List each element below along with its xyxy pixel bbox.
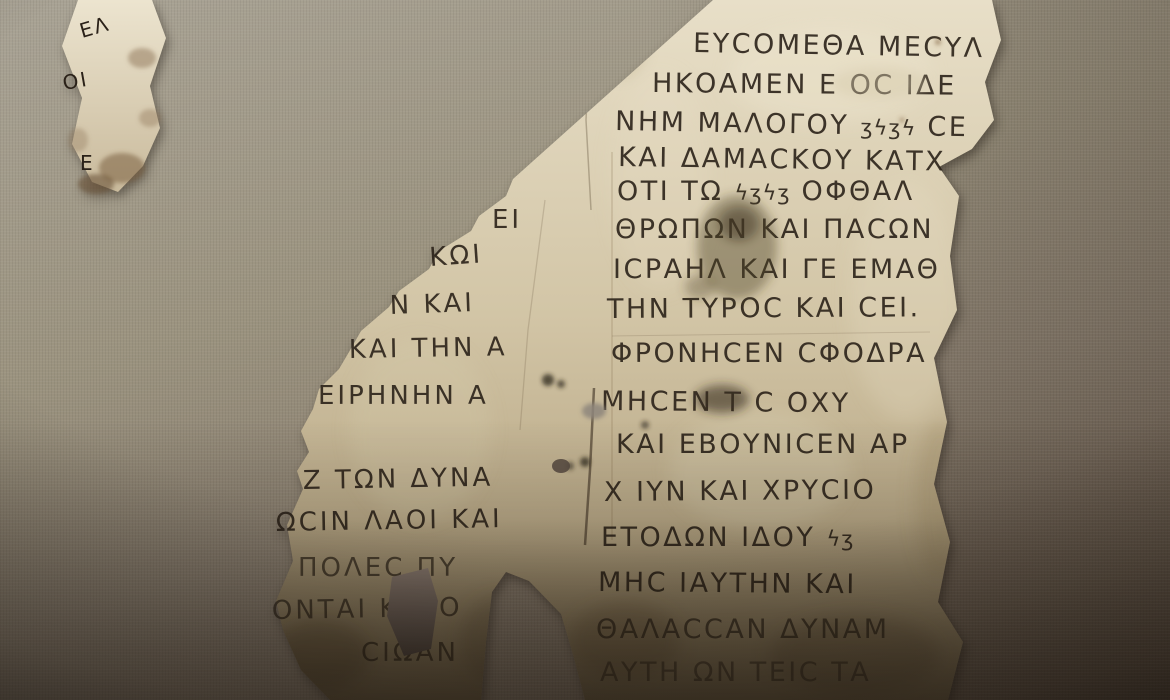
ink-spot (580, 457, 590, 467)
faded-scuff (832, 67, 928, 99)
worn-hole (582, 403, 606, 419)
hole (552, 459, 570, 473)
manuscript-line: ΟΤΙ ΤΩ ϟʒϟʒ ΟΦΘΑΛ (617, 176, 915, 207)
rust-spot (935, 39, 941, 45)
main-parchment-fragment: ΕΥCΟΜΕΘΑ ΜΕCΥΛ ΗΚΟΑΜΕΝ Ε ΟC ΙΔΕ ΝΗΜ ΜΑΛΟ… (260, 0, 1001, 700)
rust-spot (900, 118, 905, 123)
bottom-shadow (260, 520, 970, 700)
ink-smudge (695, 385, 749, 413)
manuscript-line: ΕΙΡΗΝΗΝ Α (318, 381, 489, 411)
manuscript-line: ΚΑΙ ΔΑΜΑCΚΟΥ ΚΑΤΧ (618, 142, 946, 178)
ink-spot (557, 380, 565, 388)
manuscript-line: ΙCΡΑΗΛ ΚΑΙ ΓΕ ΕΜΑΘ (613, 254, 940, 285)
faded-scuff (590, 0, 650, 80)
scroll-fragments-art: ΕΛ ΟΙ Ε (0, 0, 1170, 700)
tetragrammaton-paleo-hebrew: ʒϟʒϟ (860, 115, 916, 140)
manuscript-line: ΕΙ (492, 205, 522, 235)
manuscript-line: Ε (80, 151, 95, 175)
manuscript-line: ΦΡΟΝΗCΕΝ CΦΟΔΡΑ (611, 338, 927, 369)
manuscript-line: ΚΑΙ ΕΒΟΥΝΙCΕΝ ΑΡ (616, 429, 910, 460)
manuscript-line: ΚΑΙ ΤΗΝ Α (349, 332, 508, 365)
manuscript-photo: ΕΛ ΟΙ Ε (0, 0, 1170, 700)
manuscript-line: ΟΙ (61, 67, 90, 95)
manuscript-line: ΕΥCΟΜΕΘΑ ΜΕCΥΛ (693, 28, 985, 64)
manuscript-line: ΤΗΝ ΤΥΡΟC ΚΑΙ CΕΙ. (606, 292, 921, 325)
manuscript-line: ΚΩΙ (428, 239, 484, 273)
ink-spot (542, 374, 554, 386)
manuscript-line: Χ ΙΥΝ ΚΑΙ ΧΡΥCΙΟ (604, 475, 877, 508)
rust-spot (502, 140, 508, 146)
manuscript-line: Ζ ΤΩΝ ΔΥΝΑ (303, 463, 494, 496)
ink-spot (641, 421, 649, 429)
small-parchment-fragment: ΕΛ ΟΙ Ε (61, 0, 166, 194)
stain (685, 275, 715, 299)
manuscript-line: Ν ΚΑΙ (389, 288, 475, 321)
stain (719, 207, 759, 241)
